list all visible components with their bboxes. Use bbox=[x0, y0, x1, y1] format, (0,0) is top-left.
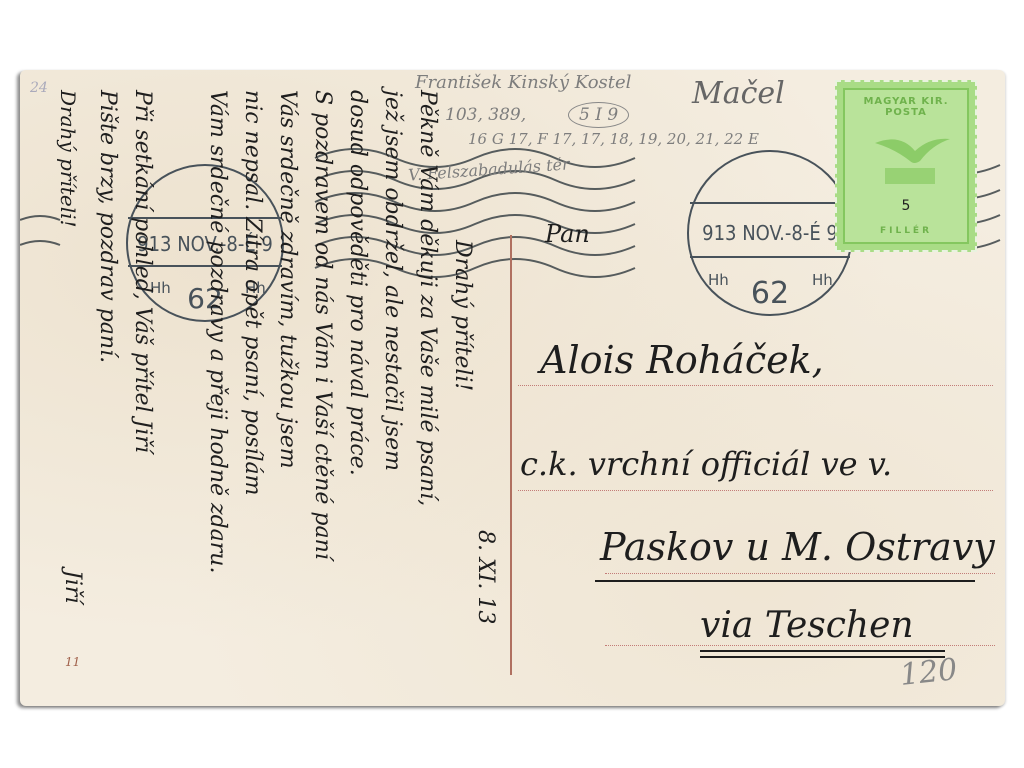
message-line-extra: Drahý příteli! bbox=[56, 90, 80, 228]
stamp-country: MAGYAR KIR. POSTA bbox=[845, 96, 967, 118]
message-greeting: Drahý příteli! bbox=[450, 240, 475, 391]
pencil-note-top: František Kinský Kostel bbox=[415, 72, 631, 93]
stamp-value: 5 bbox=[845, 198, 967, 214]
turul-bird-icon bbox=[865, 118, 955, 188]
message-line-4: S pozdravem od nás Vám i Vaší ctěné paní bbox=[310, 90, 335, 560]
message-signature: Jiří bbox=[60, 570, 85, 603]
address-dotline-2 bbox=[518, 490, 993, 491]
address-divider-line bbox=[510, 235, 512, 675]
message-line-9: Pište brzy, pozdrav paní. bbox=[95, 90, 120, 363]
address-line-2: c.k. vrchní officiál ve v. bbox=[520, 445, 892, 483]
message-line-5: Vás srdečně zdravím, tužkou jsem bbox=[275, 90, 300, 469]
pencil-numbers-2: 16 G 17, F 17, 17, 18, 19, 20, 21, 22 E bbox=[468, 130, 759, 148]
address-underline-4a bbox=[700, 650, 945, 652]
svg-text:62: 62 bbox=[751, 276, 789, 311]
svg-text:Hh: Hh bbox=[812, 271, 833, 289]
small-mark: 11 bbox=[65, 655, 80, 669]
address-underline-3 bbox=[595, 580, 975, 582]
pencil-numbers-1: 103, 389, bbox=[445, 105, 526, 125]
postage-stamp: MAGYAR KIR. POSTA 5 FILLÉR bbox=[835, 80, 977, 252]
pencil-circled-number: 5 I 9 bbox=[568, 102, 629, 128]
address-dotline-1 bbox=[518, 385, 993, 386]
salutation: Pan bbox=[545, 220, 590, 248]
postcard: 913 NOV.-8-É 9 62 Hh Hh 913 NOV.-8-É 9 6… bbox=[20, 70, 1005, 706]
message-line-1: Pěkně Vám děkuji za Vaše milé psaní, bbox=[415, 90, 440, 506]
address-dotline-3 bbox=[605, 573, 995, 574]
address-line-1: Alois Roháček, bbox=[540, 338, 824, 382]
message-line-7: Vám srdečné pozdravy a přeji hodně zdaru… bbox=[205, 90, 230, 573]
pencil-price: 120 bbox=[898, 652, 959, 693]
stamp-unit: FILLÉR bbox=[845, 226, 967, 236]
message-line-6: nic nepsal. Zítra opět psaní, posílám bbox=[240, 90, 265, 496]
address-line-3: Paskov u M. Ostravy bbox=[600, 525, 995, 569]
message-line-2: jež jsem obdržel, ale nestačil jsem bbox=[380, 90, 405, 471]
svg-text:Hh: Hh bbox=[708, 271, 729, 289]
stamp-frame: MAGYAR KIR. POSTA 5 FILLÉR bbox=[843, 88, 969, 244]
address-dotline-4 bbox=[605, 645, 995, 646]
message-line-8: Při setkání pohled, Váš přítel Jiří bbox=[130, 90, 155, 453]
svg-text:913 NOV.-8-É 9: 913 NOV.-8-É 9 bbox=[702, 221, 838, 245]
message-line-3: dosud odpověděti pro nával práce. bbox=[345, 90, 370, 476]
address-line-4: via Teschen bbox=[700, 605, 914, 646]
pencil-name-note: Mačel bbox=[692, 76, 785, 111]
address-underline-4b bbox=[700, 656, 945, 658]
message-date: 8. XI. 13 bbox=[473, 530, 498, 624]
pencil-corner-mark: 24 bbox=[30, 80, 48, 96]
